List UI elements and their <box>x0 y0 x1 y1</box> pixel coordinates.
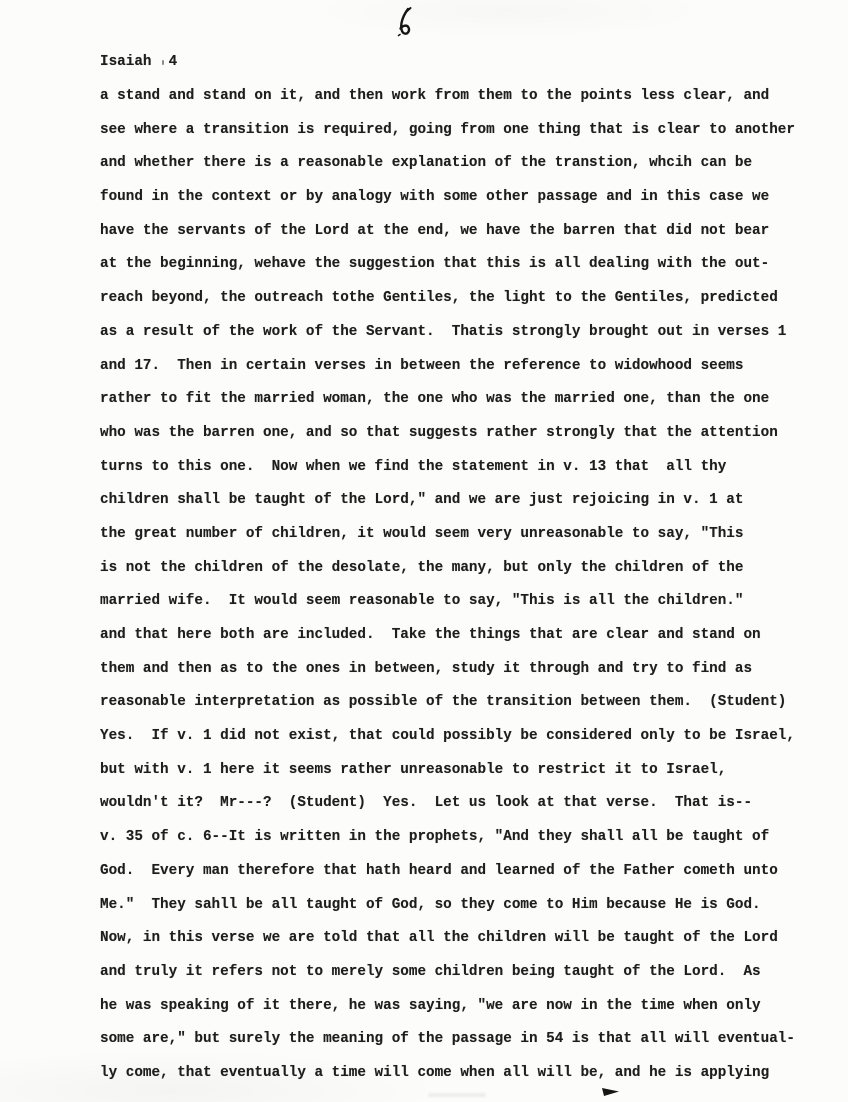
text-line: ly come, that eventually a time will com… <box>100 1057 820 1091</box>
arrowhead-mark <box>601 1085 621 1099</box>
handwritten-six-glyph <box>392 6 418 42</box>
text-line: rather to fit the married woman, the one… <box>100 383 820 417</box>
text-line: Me." They sahll be all taught of God, so… <box>100 889 820 923</box>
text-line: children shall be taught of the Lord," a… <box>100 484 820 518</box>
text-line: reasonable interpretation as possible of… <box>100 686 820 720</box>
text-line: he was speaking of it there, he was sayi… <box>100 990 820 1024</box>
text-line: wouldn't it? Mr---? (Student) Yes. Let u… <box>100 787 820 821</box>
text-line: but with v. 1 here it seems rather unrea… <box>100 754 820 788</box>
text-line: is not the children of the desolate, the… <box>100 552 820 586</box>
handwritten-page-number <box>392 6 418 42</box>
scan-speck <box>162 60 164 65</box>
text-line: a stand and stand on it, and then work f… <box>100 80 820 114</box>
text-line: them and then as to the ones in between,… <box>100 653 820 687</box>
text-line: the great number of children, it would s… <box>100 518 820 552</box>
body-text: a stand and stand on it, and then work f… <box>100 80 820 1091</box>
scan-speck <box>497 95 499 97</box>
text-line: Now, in this verse we are told that all … <box>100 922 820 956</box>
text-line: have the servants of the Lord at the end… <box>100 215 820 249</box>
text-line: and that here both are included. Take th… <box>100 619 820 653</box>
text-line: v. 35 of c. 6--It is written in the prop… <box>100 821 820 855</box>
text-line: and whether there is a reasonable explan… <box>100 147 820 181</box>
text-line: Yes. If v. 1 did not exist, that could p… <box>100 720 820 754</box>
text-line: and truly it refers not to merely some c… <box>100 956 820 990</box>
text-line: God. Every man therefore that hath heard… <box>100 855 820 889</box>
right-arrowhead-icon <box>601 1085 621 1099</box>
document-page: Isaiah 4 a stand and stand on it, and th… <box>0 0 848 1102</box>
text-line: turns to this one. Now when we find the … <box>100 451 820 485</box>
text-line: see where a transition is required, goin… <box>100 114 820 148</box>
text-line: at the beginning, wehave the suggestion … <box>100 248 820 282</box>
text-line: as a result of the work of the Servant. … <box>100 316 820 350</box>
text-line: some are," but surely the meaning of the… <box>100 1023 820 1057</box>
text-line: who was the barren one, and so that sugg… <box>100 417 820 451</box>
scan-smudge <box>428 1093 486 1097</box>
text-line: found in the context or by analogy with … <box>100 181 820 215</box>
page-title: Isaiah 4 <box>100 54 177 70</box>
text-line: married wife. It would seem reasonable t… <box>100 585 820 619</box>
text-line: reach beyond, the outreach tothe Gentile… <box>100 282 820 316</box>
text-line: and 17. Then in certain verses in betwee… <box>100 350 820 384</box>
